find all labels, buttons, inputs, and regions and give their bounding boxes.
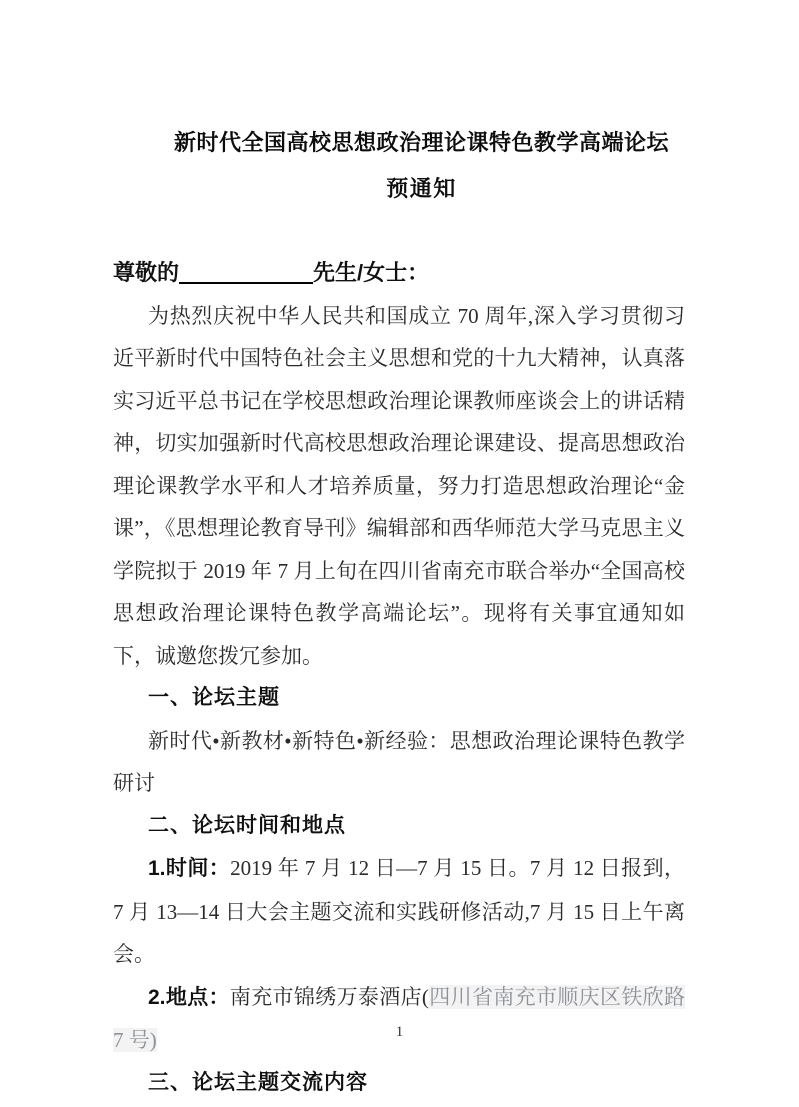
time-label: 1.时间： [148,857,230,880]
venue-text: 南充市锦绣万泰酒店( [230,985,429,1009]
document-content: 新时代全国高校思想政治理论课特色教学高端论坛 预通知 尊敬的先生/女士： 为热烈… [113,0,685,1104]
page-number: 1 [0,1024,799,1041]
forum-theme: 新时代•新教材•新特色•新经验：思想政治理论课特色教学研讨 [113,720,685,805]
name-blank-underline [179,258,313,284]
salutation-suffix: 先生/女士： [313,260,429,285]
intro-paragraph: 为热烈庆祝中华人民共和国成立 70 周年,深入学习贯彻习近平新时代中国特色社会主… [113,295,685,678]
salutation-prefix: 尊敬的 [113,260,179,285]
document-title-line1: 新时代全国高校思想政治理论课特色教学高端论坛 [158,120,685,166]
document-page: 新时代全国高校思想政治理论课特色教学高端论坛 预通知 尊敬的先生/女士： 为热烈… [0,0,799,1107]
document-title: 新时代全国高校思想政治理论课特色教学高端论坛 预通知 [113,120,685,212]
document-title-line2: 预通知 [158,166,685,212]
section-1-heading: 一、论坛主题 [113,677,685,720]
salutation-line: 尊敬的先生/女士： [113,252,685,295]
venue-label: 2.地点： [148,986,230,1009]
section-2-heading: 二、论坛时间和地点 [113,805,685,848]
venue-item: 2.地点：南充市锦绣万泰酒店(四川省南充市顺庆区铁欣路 7 号) [113,976,685,1062]
time-item: 1.时间：2019 年 7 月 12 日—7 月 15 日。7 月 12 日报到… [113,847,685,976]
section-3-heading: 三、论坛主题交流内容 [113,1062,685,1105]
